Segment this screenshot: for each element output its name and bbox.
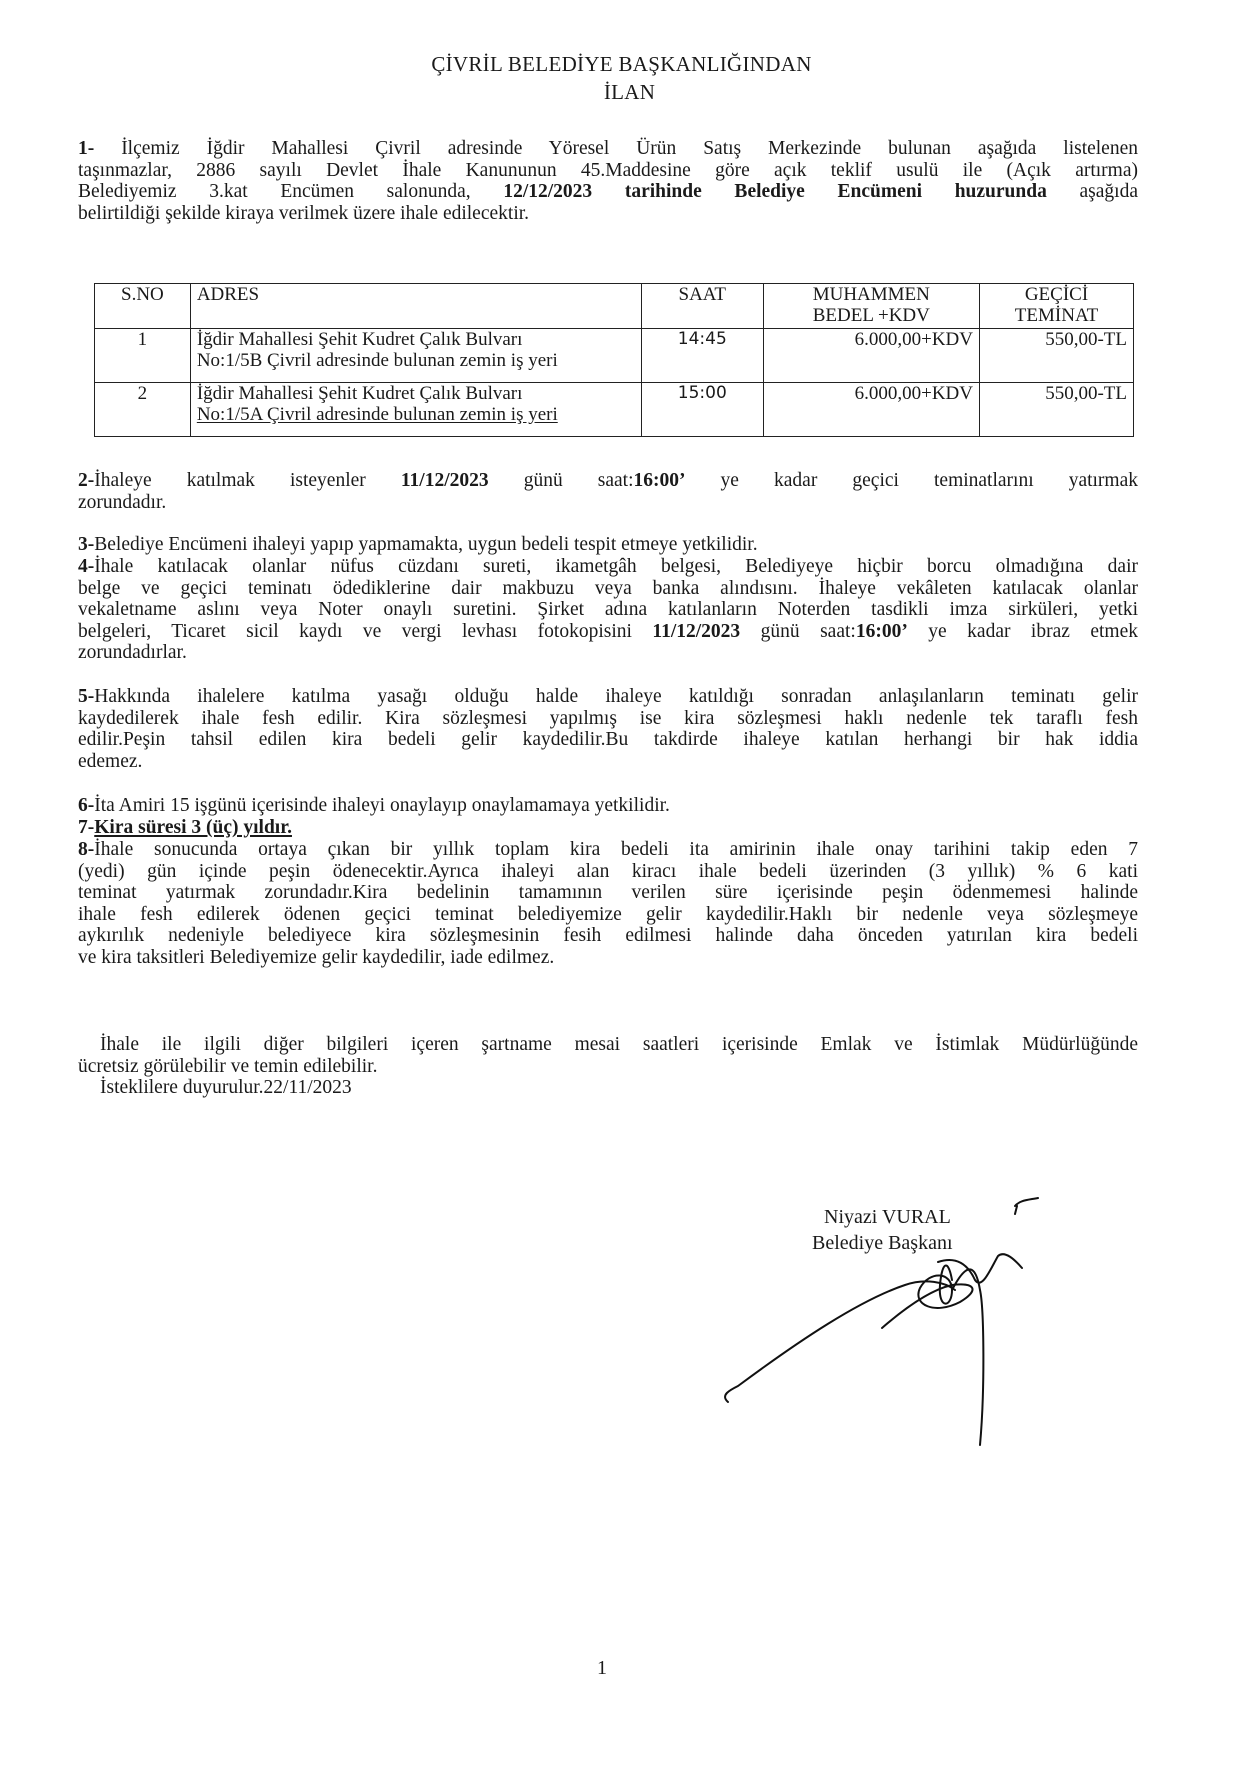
- row-saat: 15:00: [641, 383, 763, 437]
- closing-line-2: ücretsiz görülebilir ve temin edilebilir…: [78, 1056, 1138, 1078]
- documents-deadline-time: 16:00’: [856, 621, 908, 642]
- item-4-text: ye kadar ibraz etmek: [908, 621, 1138, 642]
- page-number: 1: [597, 1657, 607, 1680]
- property-table: S.NO ADRES SAAT MUHAMMEN BEDEL +KDV GEÇİ…: [94, 283, 1134, 437]
- item-8-paragraph: 8-İhale sonucunda ortaya çıkan bir yıllı…: [78, 839, 1138, 969]
- item-3-paragraph: 3-Belediye Encümeni ihaleyi yapıp yapmam…: [78, 534, 1138, 556]
- item-4-number: 4-: [78, 556, 94, 577]
- item-2-number: 2-: [78, 470, 94, 491]
- item-5-line-3: edilir.Peşin tahsil edilen kira bedeli g…: [78, 729, 1138, 751]
- item-2-text: ye kadar geçici teminatlarını yatırmak: [685, 470, 1138, 491]
- item-5-line-2: kaydedilerek ihale fesh edilir. Kira söz…: [78, 708, 1138, 730]
- item-8-number: 8-: [78, 839, 94, 860]
- item-4-line-3: vekaletname aslını veya Noter onaylı sur…: [78, 599, 1138, 621]
- item-7-number: 7-: [78, 817, 94, 838]
- item-6-number: 6-: [78, 795, 94, 816]
- row-sno: 1: [95, 329, 191, 383]
- item-5-number: 5-: [78, 686, 94, 707]
- item-8-line-4: ihale fesh edilerek ödenen geçici temina…: [78, 904, 1138, 926]
- tender-date-highlight: 12/12/2023 tarihinde Belediye Encümeni h…: [503, 181, 1047, 202]
- item-8-line-3: teminat yatırmak zorundadır.Kira bedelin…: [78, 882, 1138, 904]
- header-bedel: MUHAMMEN BEDEL +KDV: [763, 284, 979, 329]
- table-header-row: S.NO ADRES SAAT MUHAMMEN BEDEL +KDV GEÇİ…: [95, 284, 1134, 329]
- row-bedel: 6.000,00+KDV: [763, 329, 979, 383]
- item-4-line-1: İhale katılacak olanlar nüfus cüzdanı su…: [94, 556, 1138, 577]
- deposit-deadline-time: 16:00’: [633, 470, 685, 491]
- item-1-line-3-start: Belediyemiz 3.kat Encümen salonunda,: [78, 181, 503, 202]
- item-7-paragraph: 7-Kira süresi 3 (üç) yıldır.: [78, 817, 1138, 839]
- item-1-line-3-end: aşağıda: [1047, 181, 1138, 202]
- item-1-paragraph: 1- İlçemiz İğdir Mahallesi Çivril adresi…: [78, 138, 1138, 224]
- table-row: 1 İğdir Mahallesi Şehit Kudret Çalık Bul…: [95, 329, 1134, 383]
- row-bedel: 6.000,00+KDV: [763, 383, 979, 437]
- row-teminat: 550,00-TL: [980, 383, 1134, 437]
- item-2-line-2: zorundadır.: [78, 492, 1138, 514]
- item-5-paragraph: 5-Hakkında ihalelere katılma yasağı oldu…: [78, 686, 1138, 772]
- document-title: ÇİVRİL BELEDİYE BAŞKANLIĞINDAN: [0, 52, 1243, 77]
- item-6-paragraph: 6-İta Amiri 15 işgünü içerisinde ihaleyi…: [78, 795, 1138, 817]
- row-saat: 14:45: [641, 329, 763, 383]
- document-subtitle: İLAN: [8, 80, 1243, 105]
- closing-paragraph: İhale ile ilgili diğer bilgileri içeren …: [78, 1034, 1138, 1099]
- document-page: ÇİVRİL BELEDİYE BAŞKANLIĞINDAN İLAN 1- İ…: [0, 0, 1243, 1776]
- item-1-line-4: belirtildiği şekilde kiraya verilmek üze…: [78, 203, 1138, 225]
- item-5-line-4: edemez.: [78, 751, 1138, 773]
- item-8-line-1: İhale sonucunda ortaya çıkan bir yıllık …: [94, 839, 1138, 860]
- item-6-text: İta Amiri 15 işgünü içerisinde ihaleyi o…: [94, 795, 670, 816]
- item-4-text: belgeleri, Ticaret sicil kaydı ve vergi …: [78, 621, 652, 642]
- row-teminat: 550,00-TL: [980, 329, 1134, 383]
- item-4-line-2: belge ve geçici teminatı ödediklerine da…: [78, 578, 1138, 600]
- header-sno: S.NO: [95, 284, 191, 329]
- lease-term-text: Kira süresi 3 (üç) yıldır.: [94, 817, 292, 838]
- documents-deadline-date: 11/12/2023: [652, 621, 740, 642]
- header-adres: ADRES: [190, 284, 641, 329]
- row-adres: İğdir Mahallesi Şehit Kudret Çalık Bulva…: [190, 383, 641, 437]
- header-teminat: GEÇİCİ TEMİNAT: [980, 284, 1134, 329]
- item-4-text: günü saat:: [740, 621, 856, 642]
- item-8-line-6: ve kira taksitleri Belediyemize gelir ka…: [78, 947, 1138, 969]
- item-8-line-2: (yedi) gün içinde peşin ödenecektir.Ayrı…: [78, 861, 1138, 883]
- item-4-paragraph: 4-İhale katılacak olanlar nüfus cüzdanı …: [78, 556, 1138, 664]
- item-1-line-1: İlçemiz İğdir Mahallesi Çivril adresinde…: [121, 138, 1138, 159]
- item-5-line-1: Hakkında ihalelere katılma yasağı olduğu…: [94, 686, 1138, 707]
- row-adres: İğdir Mahallesi Şehit Kudret Çalık Bulva…: [190, 329, 641, 383]
- announcement-date-line: İsteklilere duyurulur.22/11/2023: [78, 1077, 1138, 1099]
- row-sno: 2: [95, 383, 191, 437]
- item-8-line-5: aykırılık nedeniyle belediyece kira sözl…: [78, 925, 1138, 947]
- item-1-line-2: taşınmazlar, 2886 sayılı Devlet İhale Ka…: [78, 160, 1138, 182]
- item-2-paragraph: 2-İhaleye katılmak isteyenler 11/12/2023…: [78, 470, 1138, 513]
- closing-line-1: İhale ile ilgili diğer bilgileri içeren …: [78, 1034, 1138, 1056]
- item-3-number: 3-: [78, 534, 94, 555]
- item-2-text: İhaleye katılmak isteyenler: [94, 470, 401, 491]
- deposit-deadline-date: 11/12/2023: [401, 470, 489, 491]
- item-4-line-5: zorundadırlar.: [78, 642, 1138, 664]
- handwritten-signature-icon: [690, 1190, 1050, 1490]
- item-2-text: günü saat:: [489, 470, 634, 491]
- header-saat: SAAT: [641, 284, 763, 329]
- item-1-number: 1-: [78, 138, 94, 159]
- item-3-text: Belediye Encümeni ihaleyi yapıp yapmamak…: [94, 534, 757, 555]
- table-row: 2 İğdir Mahallesi Şehit Kudret Çalık Bul…: [95, 383, 1134, 437]
